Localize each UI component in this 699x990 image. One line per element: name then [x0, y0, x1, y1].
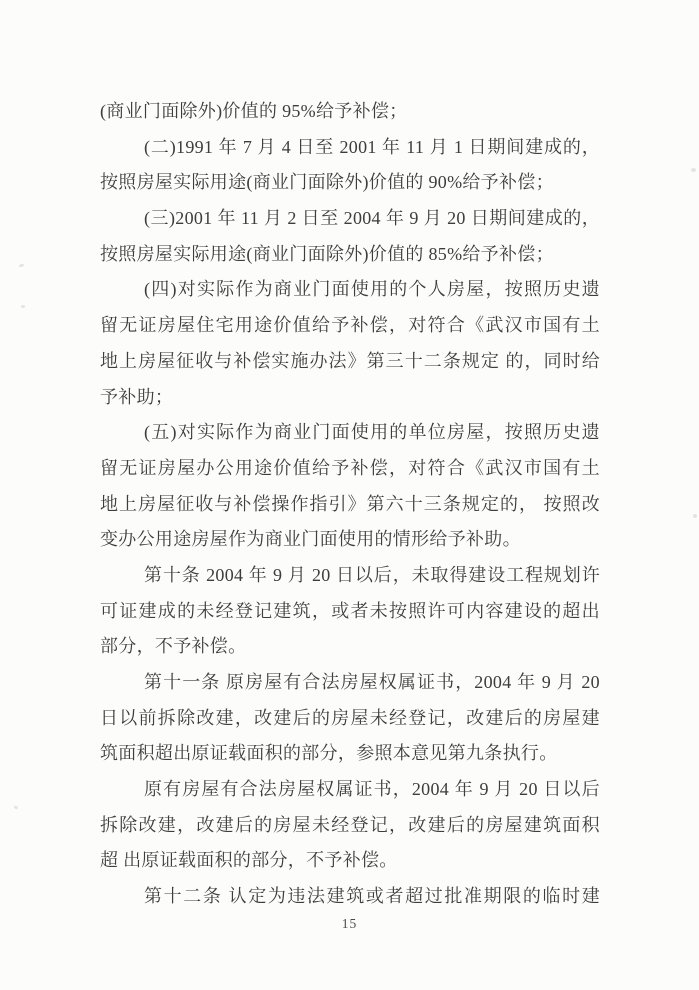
text-line: 按照房屋实际用途(商业门面除外)价值的 85%给予补偿；	[100, 237, 600, 273]
text-line: 留无证房屋办公用途价值给予补偿，对符合《武汉市国有土	[100, 451, 600, 487]
text-line: 第十条 2004 年 9 月 20 日以后，未取得建设工程规划许	[100, 558, 600, 594]
scan-artifact	[19, 263, 25, 268]
scan-artifact	[21, 305, 25, 308]
scan-artifact	[14, 805, 19, 810]
text-line: 按照房屋实际用途(商业门面除外)价值的 90%给予补偿；	[100, 165, 600, 201]
text-line: 留无证房屋住宅用途价值给予补偿，对符合《武汉市国有土	[100, 308, 600, 344]
text-line: 地上房屋征收与补偿实施办法》第三十二条规定 的，同时给	[100, 344, 600, 380]
document-body-text: (商业门面除外)价值的 95%给予补偿； (二)1991 年 7 月 4 日至 …	[100, 94, 600, 915]
text-line: 变办公用途房屋作为商业门面使用的情形给予补助。	[100, 522, 600, 558]
scan-artifact	[691, 168, 696, 172]
text-line: 日以前拆除改建，改建后的房屋未经登记，改建后的房屋建	[100, 701, 600, 737]
text-line: 超 出原证载面积的部分，不予补偿。	[100, 843, 600, 879]
text-line: 第十二条 认定为违法建筑或者超过批准期限的临时建	[100, 879, 600, 915]
text-line: (五)对实际作为商业门面使用的单位房屋，按照历史遗	[100, 415, 600, 451]
text-line: 第十一条 原房屋有合法房屋权属证书，2004 年 9 月 20	[100, 665, 600, 701]
text-line: (三)2001 年 11 月 2 日至 2004 年 9 月 20 日期间建成的…	[100, 201, 600, 237]
scan-artifact	[693, 514, 697, 518]
text-line: (二)1991 年 7 月 4 日至 2001 年 11 月 1 日期间建成的，	[100, 130, 600, 166]
text-line: (商业门面除外)价值的 95%给予补偿；	[100, 94, 600, 130]
text-line: 地上房屋征收与补偿操作指引》第六十三条规定的， 按照改	[100, 487, 600, 523]
text-line: 部分，不予补偿。	[100, 629, 600, 665]
page-number: 15	[0, 914, 699, 934]
text-line: 予补助；	[100, 380, 600, 416]
text-line: 拆除改建，改建后的房屋未经登记，改建后的房屋建筑面积	[100, 808, 600, 844]
text-line: 可证建成的未经登记建筑，或者未按照许可内容建设的超出	[100, 594, 600, 630]
text-line: 原有房屋有合法房屋权属证书，2004 年 9 月 20 日以后	[100, 772, 600, 808]
text-line: 筑面积超出原证载面积的部分，参照本意见第九条执行。	[100, 736, 600, 772]
document-page: (商业门面除外)价值的 95%给予补偿； (二)1991 年 7 月 4 日至 …	[0, 0, 699, 990]
text-line: (四)对实际作为商业门面使用的个人房屋，按照历史遗	[100, 272, 600, 308]
